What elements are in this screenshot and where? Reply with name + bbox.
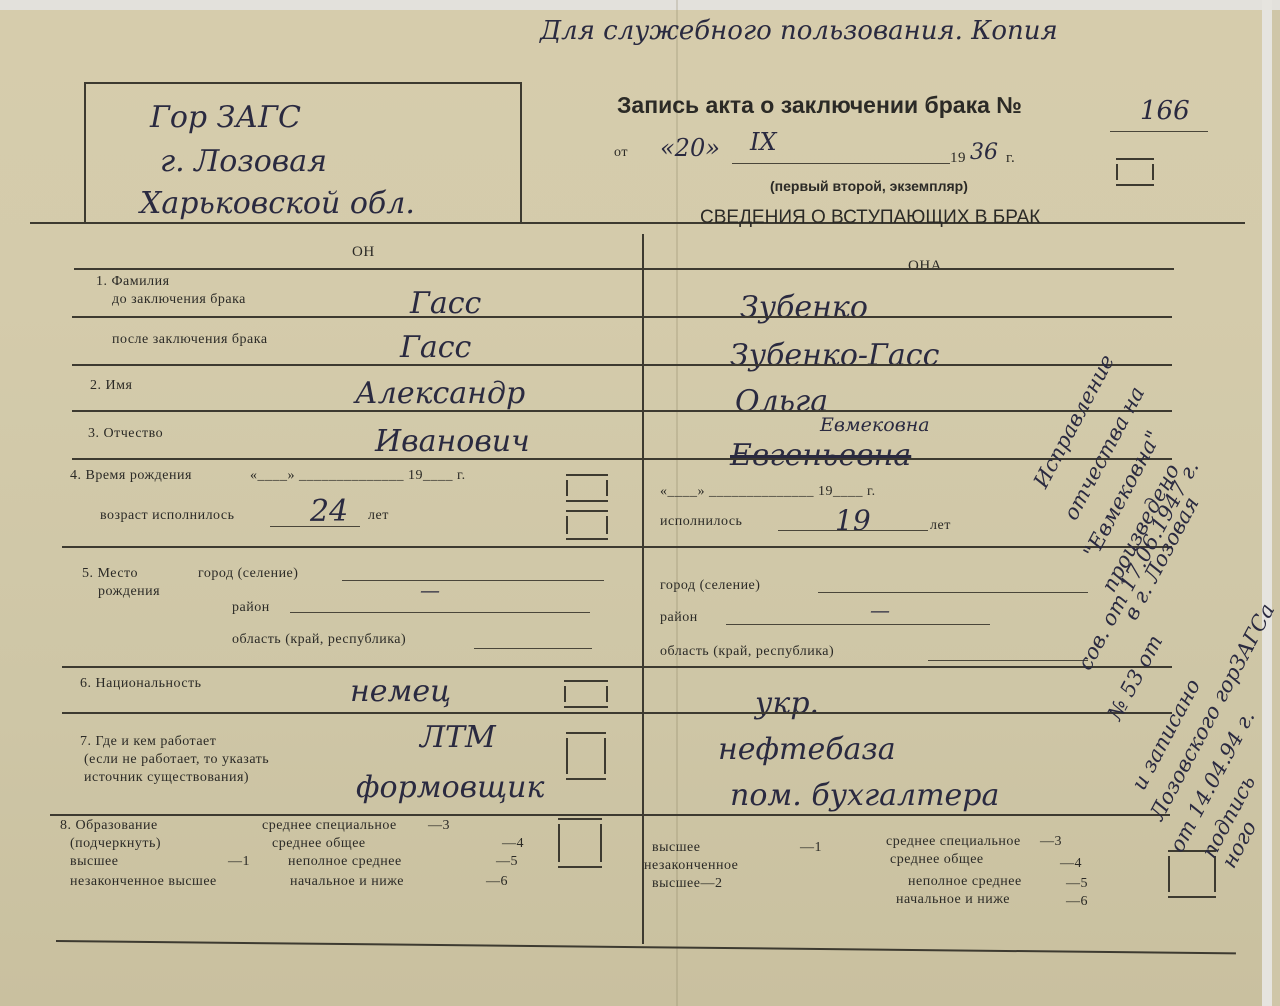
paper-right-edge: [1262, 0, 1272, 1006]
she-edu-3-label[interactable]: среднее специальное: [886, 834, 1021, 850]
column-she: ОНА: [908, 258, 942, 275]
she-edu-5-code: —5: [1066, 876, 1088, 892]
she-surname-before: Зубенко: [740, 290, 868, 325]
he-edu-2-label[interactable]: незаконченное высшее: [70, 874, 217, 890]
she-region-underline: [928, 660, 1088, 661]
she-occupation: пом. бухгалтера: [730, 778, 999, 813]
she-birth-date-blank: «____» ______________ 19____ г.: [660, 484, 876, 500]
date-month-underline: [732, 163, 950, 164]
she-edu-4-code: —4: [1060, 856, 1082, 872]
he-birth-date-blank: «____» ______________ 19____ г.: [250, 468, 466, 484]
label-birthplace: 5. Место: [82, 566, 138, 582]
registry-office-line2: г. Лозовая: [160, 144, 327, 179]
date-month: IX: [750, 128, 777, 156]
he-nationality: немец: [350, 674, 451, 709]
he-region-underline: [474, 648, 592, 649]
she-age: 19: [835, 504, 871, 537]
he-nationality-box[interactable]: [564, 680, 608, 708]
he-edu-1-code: —1: [228, 854, 250, 870]
record-number-underline: [1110, 131, 1208, 132]
date-year-prefix: 19: [950, 150, 966, 167]
she-nationality: укр.: [755, 686, 819, 721]
label-surname: 1. Фамилия: [96, 274, 170, 290]
row-line: [50, 814, 1170, 816]
he-age-underline: [270, 526, 360, 527]
date-year: 36: [970, 140, 998, 165]
she-district: —: [870, 598, 890, 622]
she-age-underline: [778, 530, 928, 531]
he-occupation: формовщик: [356, 770, 544, 805]
he-age: 24: [310, 494, 348, 529]
he-city-underline: [342, 580, 604, 581]
he-edu-3-code: —3: [428, 818, 450, 834]
section-title: СВЕДЕНИЯ О ВСТУПАЮЩИХ В БРАК: [700, 207, 1040, 229]
she-workplace: нефтебаза: [718, 732, 896, 767]
top-note: Для служебного пользования. Копия: [540, 16, 1058, 46]
copy-note: (первый второй, экземпляр): [770, 178, 968, 194]
he-edu-4-code: —4: [502, 836, 524, 852]
label-first-name: 2. Имя: [90, 378, 132, 394]
label-region-she: область (край, республика): [660, 644, 834, 660]
label-age-she: исполнилось: [660, 514, 742, 530]
he-edu-5-label[interactable]: неполное среднее: [288, 854, 402, 870]
header-code-box[interactable]: [1116, 158, 1154, 186]
he-age-box[interactable]: [566, 510, 608, 540]
row-line: [62, 712, 1172, 714]
torn-top-edge: [0, 0, 1280, 10]
label-surname-after: после заключения брака: [112, 332, 268, 348]
row-line: [72, 364, 1172, 366]
he-edu-1-label[interactable]: высшее: [70, 854, 118, 870]
he-surname-after: Гасс: [400, 330, 471, 365]
he-edu-3-label[interactable]: среднее специальное: [262, 818, 397, 834]
she-edu-2-label[interactable]: незаконченное: [644, 858, 738, 874]
row-line: [72, 458, 1172, 460]
label-education: 8. Образование: [60, 818, 158, 834]
he-edu-5-code: —5: [496, 854, 518, 870]
he-district-underline: [290, 612, 590, 613]
label-birthplace2: рождения: [98, 584, 160, 600]
he-first-name: Александр: [355, 376, 525, 411]
she-surname-after: Зубенко-Гасс: [730, 338, 939, 373]
he-edu-4-label[interactable]: среднее общее: [272, 836, 366, 852]
record-title: Запись акта о заключении брака №: [617, 92, 1022, 119]
label-age-suffix: лет: [368, 508, 389, 524]
label-work2: (если не работает, то указать: [84, 752, 269, 768]
he-education-box[interactable]: [558, 818, 602, 868]
she-edu-3-code: —3: [1040, 834, 1062, 850]
date-prefix: от: [614, 145, 628, 161]
row-line: [72, 410, 1172, 412]
row-line: [62, 666, 1172, 668]
label-birth-date: 4. Время рождения: [70, 468, 192, 484]
record-number: 166: [1140, 96, 1190, 126]
she-district-underline: [726, 624, 990, 625]
label-district: район: [232, 600, 270, 616]
she-city-underline: [818, 592, 1088, 593]
bottom-line: [56, 940, 1236, 954]
date-year-suffix: г.: [1006, 150, 1015, 167]
row-line: [74, 268, 1174, 270]
column-he: ОН: [352, 244, 375, 261]
she-edu-2b-label[interactable]: высшее—2: [652, 876, 722, 892]
she-edu-4-label[interactable]: среднее общее: [890, 852, 984, 868]
he-patronymic: Иванович: [375, 424, 530, 459]
label-patronymic: 3. Отчество: [88, 426, 163, 442]
she-edu-6-code: —6: [1066, 894, 1088, 910]
row-line: [62, 546, 1172, 548]
label-city-she: город (селение): [660, 578, 760, 594]
document-sheet: Для служебного пользования. Копия Гор ЗА…: [0, 0, 1272, 1006]
registry-office-line1: Гор ЗАГС: [150, 100, 301, 135]
she-edu-6-label[interactable]: начальное и ниже: [896, 892, 1010, 908]
label-nationality: 6. Национальность: [80, 676, 202, 692]
he-edu-6-code: —6: [486, 874, 508, 890]
he-edu-6-label[interactable]: начальное и ниже: [290, 874, 404, 890]
he-birth-date-box[interactable]: [566, 474, 608, 502]
registry-office-line3: Харьковской обл.: [140, 186, 415, 221]
label-work: 7. Где и кем работает: [80, 734, 216, 750]
annotation-line-7: № 53 от: [1103, 631, 1168, 724]
he-workplace: ЛТМ: [420, 720, 496, 755]
label-city: город (селение): [198, 566, 298, 582]
column-divider: [642, 234, 644, 944]
label-education2: (подчеркнуть): [70, 836, 161, 852]
she-patronymic-original: Евгеньевна: [730, 438, 911, 473]
header-separator: [30, 222, 1245, 224]
he-work-box[interactable]: [566, 732, 606, 780]
she-edu-1-code: —1: [800, 840, 822, 856]
row-line: [72, 316, 1172, 318]
label-district-she: район: [660, 610, 698, 626]
she-first-name: Ольга: [735, 384, 828, 419]
she-edu-1-label[interactable]: высшее: [652, 840, 700, 856]
label-surname-before: до заключения брака: [112, 292, 246, 308]
label-region: область (край, республика): [232, 632, 406, 648]
label-age: возраст исполнилось: [100, 508, 235, 524]
label-age-suffix-she: лет: [930, 518, 951, 534]
he-district: —: [420, 578, 440, 602]
she-edu-5-label[interactable]: неполное среднее: [908, 874, 1022, 890]
label-work3: источник существования): [84, 770, 249, 786]
date-day: «20»: [660, 134, 720, 162]
she-patronymic-correction: Евмековна: [820, 414, 930, 436]
